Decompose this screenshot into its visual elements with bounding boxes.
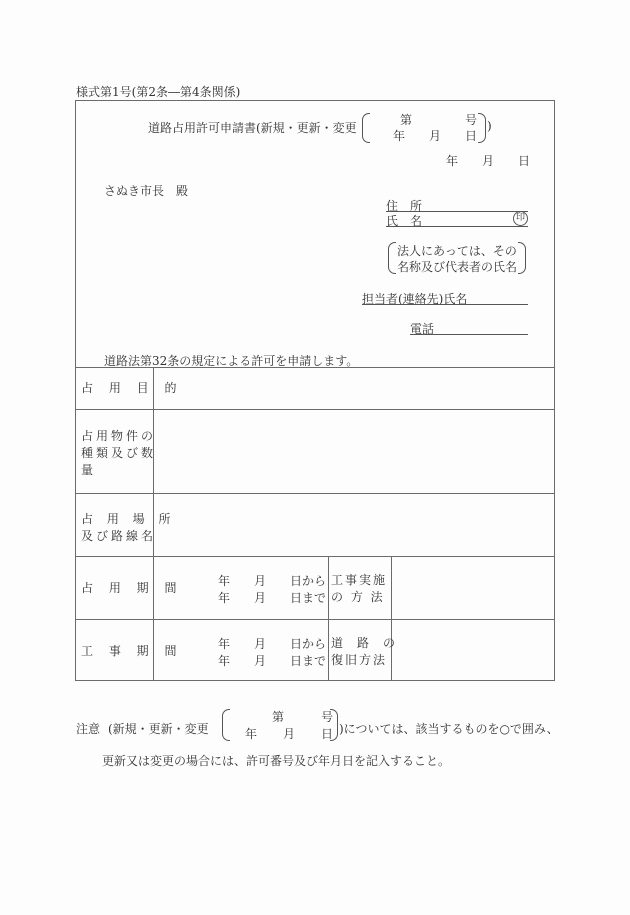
submission-month: 月 (482, 152, 494, 169)
location-label-line2: 及び路線名 (81, 528, 156, 545)
object-label-line1: 占用物件の (81, 428, 156, 445)
restoration-method-field[interactable] (393, 621, 553, 680)
note-line1-start: (新規・更新・変更 (108, 720, 209, 737)
method-column-divider (391, 556, 392, 681)
title-date-year: 年 (393, 127, 405, 144)
title-date-month: 月 (429, 127, 441, 144)
method-label-line2: の 方 法 (331, 589, 385, 606)
name-field[interactable] (386, 226, 528, 227)
note-bracket-right (330, 709, 338, 741)
construction-period-field[interactable] (155, 621, 327, 680)
title-permit-no-prefix: 第 (400, 111, 412, 128)
title-bracket-right (478, 113, 486, 143)
title-close-paren: ) (487, 119, 492, 133)
note-line1-end: )については、該当するものを○で囲み、 (339, 720, 559, 737)
method-label-line1: 工事実施 (331, 572, 387, 589)
submission-year: 年 (446, 152, 458, 169)
restore-label-line1: 道 路 の (331, 635, 396, 652)
contact-field[interactable] (362, 304, 528, 305)
phone-field[interactable] (410, 334, 528, 335)
note-line2: 更新又は変更の場合には、許可番号及び年月日を記入すること。 (102, 752, 450, 769)
form-title: 道路占用許可申請書(新規・更新・変更 (148, 119, 357, 136)
form-number: 様式第1号(第2条―第4条関係) (76, 83, 240, 100)
corporate-note-line1: 法人にあっては、その (397, 242, 517, 259)
object-label-line2: 種類及び数 (81, 445, 156, 462)
note-label: 注意 (76, 720, 100, 737)
period-column-divider (328, 556, 329, 681)
row-divider (75, 619, 555, 620)
object-label-line3: 量 (81, 462, 93, 479)
corporate-note-line2: 名称及び代表者の氏名 (397, 258, 517, 275)
row-divider (75, 493, 555, 494)
row-divider (75, 556, 555, 557)
object-field[interactable] (155, 411, 553, 492)
row-divider (75, 409, 555, 410)
construction-method-field[interactable] (393, 558, 553, 618)
submission-day: 日 (518, 152, 530, 169)
title-bracket-left (362, 113, 370, 143)
purpose-field[interactable] (155, 369, 553, 408)
restore-label-line2: 復旧方法 (331, 652, 387, 669)
addressee: さぬき市長 殿 (104, 182, 188, 199)
note-no-prefix: 第 (272, 708, 284, 725)
row-divider (75, 367, 555, 368)
corporate-bracket-left (388, 242, 396, 274)
occupancy-period-field[interactable] (155, 558, 327, 618)
corporate-bracket-right (518, 242, 526, 274)
note-bracket-left (222, 709, 230, 741)
seal-mark: 印 (513, 211, 528, 226)
note-month: 月 (283, 725, 295, 742)
note-year: 年 (245, 725, 257, 742)
title-date-day: 日 (465, 127, 477, 144)
title-permit-no-suffix: 号 (465, 111, 477, 128)
location-field[interactable] (155, 495, 553, 555)
